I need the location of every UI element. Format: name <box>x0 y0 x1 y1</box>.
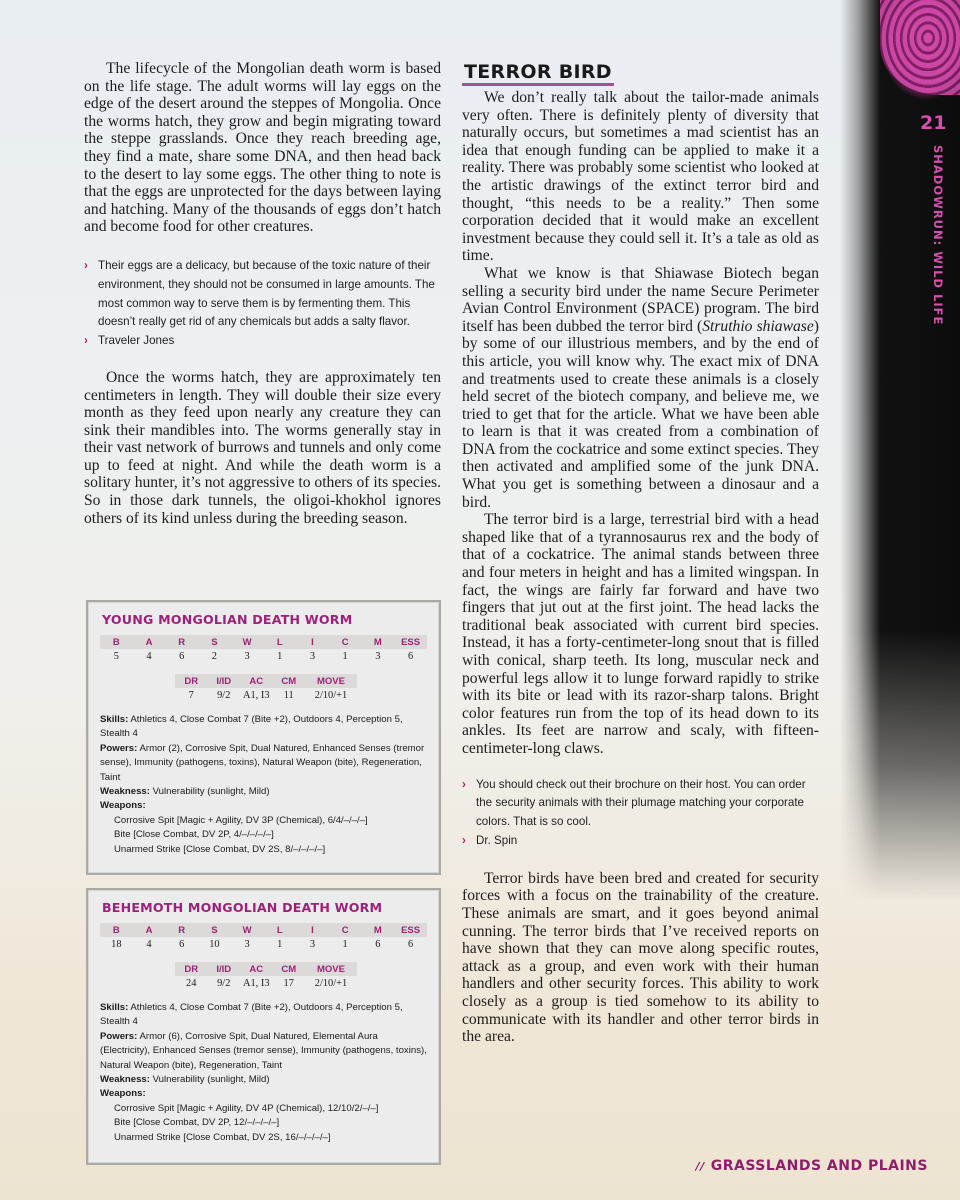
derived-value: 9/2 <box>208 688 241 703</box>
body-paragraph: Once the worms hatch, they are approxima… <box>84 369 441 527</box>
derived-header: MOVE <box>305 962 357 976</box>
attr-value: 4 <box>133 937 166 952</box>
species-name: Struthio shiawase <box>702 318 814 335</box>
weapons-label: Weapons: <box>100 800 146 811</box>
derived-header: DR <box>175 962 208 976</box>
attr-header: B <box>100 923 133 937</box>
attr-value: 1 <box>329 649 362 664</box>
attr-value: 6 <box>165 649 198 664</box>
skills-value: Athletics 4, Close Combat 7 (Bite +2), O… <box>100 1002 403 1027</box>
attr-value: 3 <box>296 937 329 952</box>
attr-header: S <box>198 635 231 649</box>
derived-header: MOVE <box>305 674 357 688</box>
book-page: 21 SHADOWRUN: WILD LIFE The lifecycle of… <box>0 0 960 1200</box>
attr-header: A <box>133 635 166 649</box>
chevron-right-icon: › <box>84 257 88 276</box>
paragraph-text: ) by some of our illustrious members, an… <box>462 318 819 511</box>
comment-author-line: › Dr. Spin <box>462 832 819 851</box>
attr-header: L <box>263 635 296 649</box>
chapter-footer: //GRASSLANDS AND PLAINS <box>696 1158 928 1174</box>
weapon-entry: Corrosive Spit [Magic + Agility, DV 3P (… <box>100 814 427 828</box>
derived-value: 24 <box>175 976 208 991</box>
derived-value: A1, I3 <box>240 688 273 703</box>
weapon-entry: Bite [Close Combat, DV 2P, 12/–/–/–/–] <box>100 1116 427 1130</box>
weakness-line: Weakness: Vulnerability (sunlight, Mild) <box>100 785 427 799</box>
stat-block-behemoth-death-worm: BEHEMOTH MONGOLIAN DEATH WORM B A R S W … <box>86 888 441 1165</box>
attr-value: 6 <box>165 937 198 952</box>
chevron-right-icon: › <box>462 832 466 851</box>
body-paragraph: The lifecycle of the Mongolian death wor… <box>84 60 441 236</box>
attr-value: 1 <box>263 937 296 952</box>
derived-stats-table: DR I/ID AC CM MOVE 7 9/2 A1, I3 11 2/10/… <box>175 674 357 703</box>
comment-text-line: › You should check out their brochure on… <box>462 776 819 832</box>
powers-label: Powers: <box>100 743 137 754</box>
derived-header: AC <box>240 962 273 976</box>
weapon-entry: Unarmed Strike [Close Combat, DV 2S, 16/… <box>100 1131 427 1145</box>
skills-label: Skills: <box>100 714 128 725</box>
attr-header: R <box>165 635 198 649</box>
attr-header: C <box>329 635 362 649</box>
chapter-name: GRASSLANDS AND PLAINS <box>711 1158 928 1174</box>
comment-text: Their eggs are a delicacy, but because o… <box>98 259 435 328</box>
weakness-line: Weakness: Vulnerability (sunlight, Mild) <box>100 1073 427 1087</box>
comment-author: Dr. Spin <box>476 834 517 847</box>
attr-value: 3 <box>231 937 264 952</box>
attr-header: S <box>198 923 231 937</box>
attr-value: 1 <box>263 649 296 664</box>
comment-text-line: › Their eggs are a delicacy, but because… <box>84 257 441 332</box>
attr-header: R <box>165 923 198 937</box>
footer-slashes: // <box>696 1160 705 1173</box>
powers-value: Armor (6), Corrosive Spit, Dual Natured,… <box>100 1031 427 1071</box>
derived-value: 11 <box>273 688 306 703</box>
weakness-value: Vulnerability (sunlight, Mild) <box>153 1074 270 1085</box>
derived-header: CM <box>273 962 306 976</box>
skills-value: Athletics 4, Close Combat 7 (Bite +2), O… <box>100 714 403 739</box>
skills-label: Skills: <box>100 1002 128 1013</box>
ink-brush-sidebar <box>840 0 960 900</box>
attr-header: C <box>329 923 362 937</box>
book-title: SHADOWRUN: WILD LIFE <box>931 145 945 325</box>
attr-value: 10 <box>198 937 231 952</box>
body-paragraph: The terror bird is a large, terrestrial … <box>462 511 819 757</box>
attr-value: 6 <box>394 649 427 664</box>
comment-text: You should check out their brochure on t… <box>476 778 806 829</box>
weapons-line: Weapons: <box>100 799 427 813</box>
stat-block-title: YOUNG MONGOLIAN DEATH WORM <box>102 612 427 627</box>
page-number: 21 <box>920 112 946 134</box>
attribute-table: B A R S W L I C M ESS 18 4 6 10 3 1 3 1 … <box>100 923 427 952</box>
attr-value: 5 <box>100 649 133 664</box>
attr-value: 4 <box>133 649 166 664</box>
attr-value: 3 <box>362 649 395 664</box>
weakness-value: Vulnerability (sunlight, Mild) <box>153 786 270 797</box>
derived-header: I/ID <box>208 962 241 976</box>
attr-header: I <box>296 923 329 937</box>
skills-line: Skills: Athletics 4, Close Combat 7 (Bit… <box>100 713 427 742</box>
chevron-right-icon: › <box>84 332 88 351</box>
body-paragraph: Terror birds have been bred and created … <box>462 870 819 1046</box>
attribute-table: B A R S W L I C M ESS 5 4 6 2 3 1 3 1 3 <box>100 635 427 664</box>
derived-value: 17 <box>273 976 306 991</box>
derived-value: 7 <box>175 688 208 703</box>
skills-line: Skills: Athletics 4, Close Combat 7 (Bit… <box>100 1001 427 1030</box>
weapons-line: Weapons: <box>100 1087 427 1101</box>
attr-value: 3 <box>296 649 329 664</box>
attr-value: 3 <box>231 649 264 664</box>
derived-header: CM <box>273 674 306 688</box>
powers-line: Powers: Armor (2), Corrosive Spit, Dual … <box>100 742 427 785</box>
body-paragraph: What we know is that Shiawase Biotech be… <box>462 265 819 511</box>
right-column: TERROR BIRD We don’t really talk about t… <box>462 62 819 1046</box>
attr-header: L <box>263 923 296 937</box>
attr-header: A <box>133 923 166 937</box>
comment-author: Traveler Jones <box>98 334 174 347</box>
derived-stats-table: DR I/ID AC CM MOVE 24 9/2 A1, I3 17 2/10… <box>175 962 357 991</box>
attr-header: ESS <box>394 635 427 649</box>
powers-label: Powers: <box>100 1031 137 1042</box>
attr-value: 6 <box>394 937 427 952</box>
attr-header: M <box>362 635 395 649</box>
shadowtalk-comment: › Their eggs are a delicacy, but because… <box>84 257 441 351</box>
attr-header: ESS <box>394 923 427 937</box>
powers-value: Armor (2), Corrosive Spit, Dual Natured,… <box>100 743 424 783</box>
attr-header: I <box>296 635 329 649</box>
derived-value: 2/10/+1 <box>305 976 357 991</box>
body-paragraph: We don’t really talk about the tailor-ma… <box>462 89 819 265</box>
chevron-right-icon: › <box>462 776 466 795</box>
comment-author-line: › Traveler Jones <box>84 332 441 351</box>
attr-header: W <box>231 635 264 649</box>
derived-header: AC <box>240 674 273 688</box>
derived-value: A1, I3 <box>240 976 273 991</box>
attr-value: 2 <box>198 649 231 664</box>
stat-block-title: BEHEMOTH MONGOLIAN DEATH WORM <box>102 900 427 915</box>
derived-value: 2/10/+1 <box>305 688 357 703</box>
attr-header: B <box>100 635 133 649</box>
attr-value: 1 <box>329 937 362 952</box>
weapon-entry: Unarmed Strike [Close Combat, DV 2S, 8/–… <box>100 843 427 857</box>
powers-line: Powers: Armor (6), Corrosive Spit, Dual … <box>100 1030 427 1073</box>
attr-header: M <box>362 923 395 937</box>
stat-block-young-death-worm: YOUNG MONGOLIAN DEATH WORM B A R S W L I… <box>86 600 441 875</box>
derived-header: I/ID <box>208 674 241 688</box>
derived-header: DR <box>175 674 208 688</box>
attr-header: W <box>231 923 264 937</box>
attr-value: 6 <box>362 937 395 952</box>
shadowtalk-comment: › You should check out their brochure on… <box>462 776 819 851</box>
section-title: TERROR BIRD <box>462 62 614 86</box>
weakness-label: Weakness: <box>100 1074 150 1085</box>
weapon-entry: Corrosive Spit [Magic + Agility, DV 4P (… <box>100 1102 427 1116</box>
weapons-label: Weapons: <box>100 1088 146 1099</box>
attr-value: 18 <box>100 937 133 952</box>
weapon-entry: Bite [Close Combat, DV 2P, 4/–/–/–/–] <box>100 828 427 842</box>
weakness-label: Weakness: <box>100 786 150 797</box>
left-column: The lifecycle of the Mongolian death wor… <box>84 60 441 527</box>
derived-value: 9/2 <box>208 976 241 991</box>
